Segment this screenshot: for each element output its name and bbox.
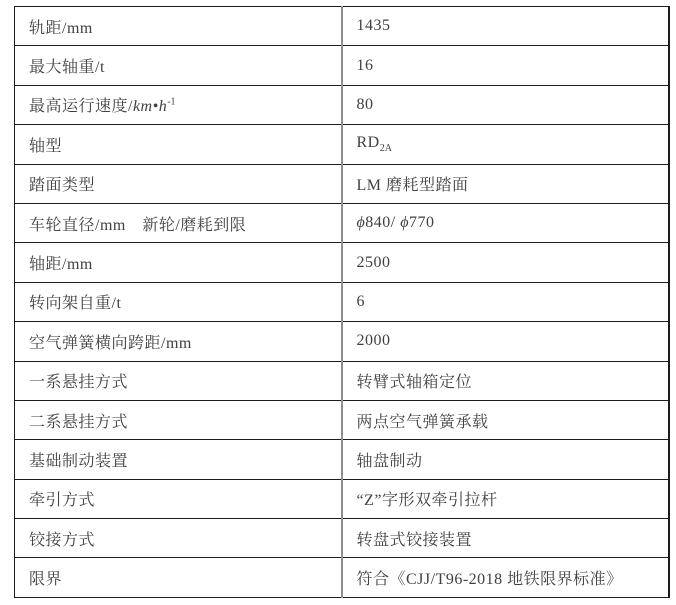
table-row: 轨距/mm 1435 [15, 7, 670, 46]
spec-value-gauge: 1435 [342, 7, 670, 46]
spec-value-articulation-mode: 转盘式铰接装置 [342, 519, 670, 558]
wheel-diameter-new: 840/ [365, 214, 400, 231]
phi-symbol: ϕ [357, 214, 366, 231]
spec-label-max-speed: 最高运行速度/km•h-1 [15, 85, 342, 124]
table-row: 轴型 RD2A [15, 125, 670, 164]
table-row: 转向架自重/t 6 [15, 282, 670, 321]
table-row: 铰接方式 转盘式铰接装置 [15, 519, 670, 558]
table-row: 踏面类型 LM 磨耗型踏面 [15, 164, 670, 203]
table-row: 一系悬挂方式 转臂式轴箱定位 [15, 361, 670, 400]
spec-label-airspring-span: 空气弹簧横向跨距/mm [15, 322, 342, 361]
bogie-spec-table: 轨距/mm 1435 最大轴重/t 16 最高运行速度/km•h-1 80 轴型… [14, 6, 670, 598]
spec-value-primary-suspension: 转臂式轴箱定位 [342, 361, 670, 400]
spec-label-gauge: 轨距/mm [15, 7, 342, 46]
spec-label-bogie-weight: 转向架自重/t [15, 282, 342, 321]
spec-label-max-speed-text: 最高运行速度/ [29, 98, 133, 115]
spec-value-wheel-diameter: ϕ840/ ϕ770 [342, 203, 670, 242]
spec-label-wheel-diameter: 车轮直径/mm 新轮/磨耗到限 [15, 203, 342, 242]
spec-value-gauge-limit: 符合《CJJ/T96-2018 地铁限界标准》 [342, 558, 670, 598]
spec-label-traction-mode: 牵引方式 [15, 479, 342, 518]
spec-value-traction-mode: “Z”字形双牵引拉杆 [342, 479, 670, 518]
spec-value-max-speed: 80 [342, 85, 670, 124]
spec-label-wheelbase: 轴距/mm [15, 243, 342, 282]
spec-value-foundation-brake: 轴盘制动 [342, 440, 670, 479]
spec-value-tread-type: LM 磨耗型踏面 [342, 164, 670, 203]
table-row: 最高运行速度/km•h-1 80 [15, 85, 670, 124]
axle-type-main: RD [357, 134, 380, 151]
table-row: 牵引方式 “Z”字形双牵引拉杆 [15, 479, 670, 518]
speed-unit: km•h [133, 98, 167, 115]
table-row: 基础制动装置 轴盘制动 [15, 440, 670, 479]
spec-label-articulation-mode: 铰接方式 [15, 519, 342, 558]
spec-value-bogie-weight: 6 [342, 282, 670, 321]
table-row: 轴距/mm 2500 [15, 243, 670, 282]
spec-value-wheelbase: 2500 [342, 243, 670, 282]
spec-label-max-axle-load: 最大轴重/t [15, 46, 342, 85]
speed-unit-exponent: -1 [167, 97, 175, 108]
spec-label-gauge-limit: 限界 [15, 558, 342, 598]
spec-value-axle-type: RD2A [342, 125, 670, 164]
axle-type-subscript: 2A [380, 143, 392, 154]
table-row: 空气弹簧横向跨距/mm 2000 [15, 322, 670, 361]
spec-label-foundation-brake: 基础制动装置 [15, 440, 342, 479]
table-row: 二系悬挂方式 两点空气弹簧承载 [15, 400, 670, 439]
spec-value-airspring-span: 2000 [342, 322, 670, 361]
table-row: 车轮直径/mm 新轮/磨耗到限 ϕ840/ ϕ770 [15, 203, 670, 242]
wheel-diameter-worn: 770 [409, 214, 435, 231]
spec-value-secondary-suspension: 两点空气弹簧承载 [342, 400, 670, 439]
table-row: 最大轴重/t 16 [15, 46, 670, 85]
spec-label-tread-type: 踏面类型 [15, 164, 342, 203]
spec-label-primary-suspension: 一系悬挂方式 [15, 361, 342, 400]
spec-label-secondary-suspension: 二系悬挂方式 [15, 400, 342, 439]
spec-value-max-axle-load: 16 [342, 46, 670, 85]
spec-label-axle-type: 轴型 [15, 125, 342, 164]
table-row: 限界 符合《CJJ/T96-2018 地铁限界标准》 [15, 558, 670, 598]
phi-symbol: ϕ [400, 214, 409, 231]
